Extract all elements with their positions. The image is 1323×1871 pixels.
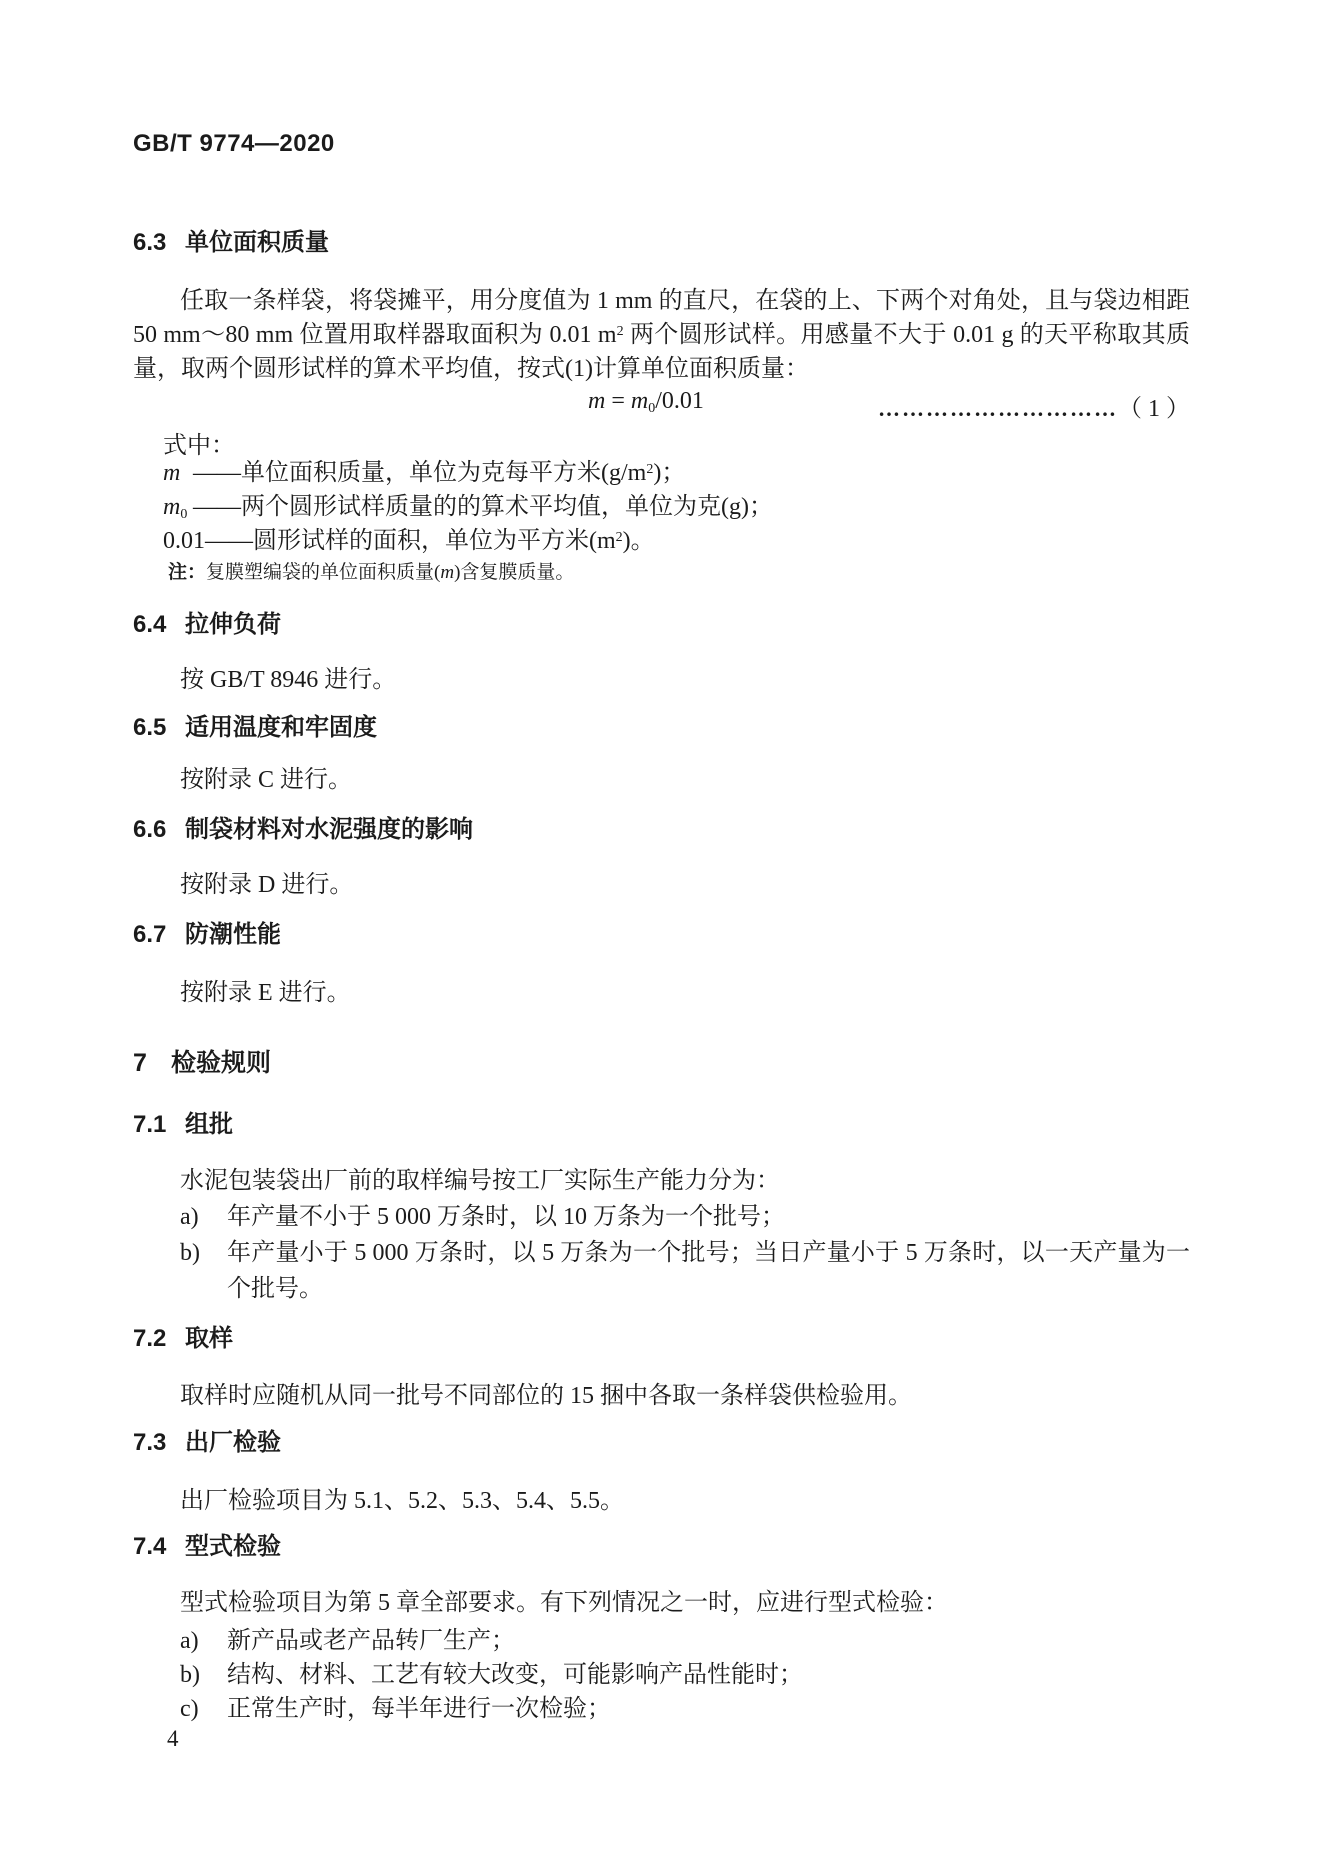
where-label: 式中： bbox=[163, 425, 235, 460]
section-title: 拉伸负荷 bbox=[185, 611, 281, 639]
section-title: 组批 bbox=[185, 1111, 233, 1139]
section-heading-6-6: 6.6 制袋材料对水泥强度的影响 bbox=[133, 816, 473, 844]
def-body: 两个圆形试样质量的的算术平均值，单位为克(g)； bbox=[241, 494, 773, 520]
list-item-label: a) bbox=[180, 1624, 199, 1658]
superscript-2: 2 bbox=[617, 324, 624, 339]
def-dash: —— bbox=[205, 528, 253, 554]
list-item-a: a) 新产品或老产品转厂生产； bbox=[133, 1624, 1190, 1658]
section-title: 适用温度和牢固度 bbox=[185, 714, 377, 742]
definition-text: ——两个圆形试样质量的的算术平均值，单位为克(g)； bbox=[193, 492, 773, 522]
def-tail: )； bbox=[653, 460, 685, 486]
superscript-2: 2 bbox=[616, 530, 623, 545]
paragraph-7-4-intro: 型式检验项目为第 5 章全部要求。有下列情况之一时，应进行型式检验： bbox=[133, 1586, 1190, 1620]
section-title: 防潮性能 bbox=[185, 921, 281, 949]
note-text: 复膜塑编袋的单位面积质量( bbox=[206, 562, 440, 583]
section-number: 7.1 bbox=[133, 1111, 185, 1139]
note-text: )含复膜质量。 bbox=[454, 562, 574, 583]
list-item-text: 结构、材料、工艺有较大改变，可能影响产品性能时； bbox=[227, 1662, 803, 1688]
def-dash: —— bbox=[193, 494, 241, 520]
list-item-label: a) bbox=[180, 1199, 199, 1235]
standard-document-page: GB/T 9774—2020 6.3 单位面积质量 任取一条样袋，将袋摊平，用分… bbox=[0, 0, 1323, 1871]
formula-number: （ 1 ） bbox=[1118, 396, 1190, 422]
list-item-label: c) bbox=[180, 1692, 199, 1726]
list-item-b: b) 年产量小于 5 000 万条时，以 5 万条为一个批号；当日产量小于 5 … bbox=[133, 1235, 1190, 1307]
section-title: 制袋材料对水泥强度的影响 bbox=[185, 816, 473, 844]
list-item-label: b) bbox=[180, 1235, 200, 1271]
section-title: 出厂检验 bbox=[185, 1429, 281, 1457]
section-number: 7.2 bbox=[133, 1325, 185, 1353]
formula-expression: m = m0/0.01 bbox=[588, 388, 704, 415]
formula-1-row: m = m0/0.01 …………………………（ 1 ） bbox=[133, 388, 1190, 424]
list-item-text: 年产量小于 5 000 万条时，以 5 万条为一个批号；当日产量小于 5 万条时… bbox=[227, 1240, 1190, 1302]
paragraph-7-3: 出厂检验项目为 5.1、5.2、5.3、5.4、5.5。 bbox=[133, 1484, 1190, 1518]
section-heading-7-4: 7.4 型式检验 bbox=[133, 1533, 281, 1561]
chapter-title: 检验规则 bbox=[171, 1049, 271, 1077]
definition-text: ——单位面积质量，单位为克每平方米(g/m2)； bbox=[193, 458, 685, 488]
chapter-heading-7: 7 检验规则 bbox=[133, 1049, 271, 1077]
note-line: 注：复膜塑编袋的单位面积质量(m)含复膜质量。 bbox=[168, 560, 574, 586]
definition-text: ——圆形试样的面积，单位为平方米(m2)。 bbox=[205, 526, 655, 556]
paragraph-6-5: 按附录 C 进行。 bbox=[133, 763, 1190, 797]
section-number: 7.4 bbox=[133, 1533, 185, 1561]
paragraph-7-2: 取样时应随机从同一批号不同部位的 15 捆中各取一条样袋供检验用。 bbox=[133, 1379, 1190, 1413]
paragraph-6-3: 任取一条样袋，将袋摊平，用分度值为 1 mm 的直尺，在袋的上、下两个对角处，且… bbox=[133, 284, 1190, 386]
section-number: 6.6 bbox=[133, 816, 185, 844]
section-title: 型式检验 bbox=[185, 1533, 281, 1561]
definition-row-001: 0.01 ——圆形试样的面积，单位为平方米(m2)。 bbox=[163, 526, 1190, 556]
formula-denominator: /0.01 bbox=[655, 388, 704, 414]
formula-var-m: m bbox=[588, 388, 605, 414]
list-item-c: c) 正常生产时，每半年进行一次检验； bbox=[133, 1692, 1190, 1726]
def-dash: —— bbox=[193, 460, 241, 486]
section-heading-6-5: 6.5 适用温度和牢固度 bbox=[133, 714, 377, 742]
document-code: GB/T 9774—2020 bbox=[133, 130, 335, 158]
def-tail: )。 bbox=[623, 528, 655, 554]
section-heading-6-4: 6.4 拉伸负荷 bbox=[133, 611, 281, 639]
list-7-1: a) 年产量不小于 5 000 万条时，以 10 万条为一个批号； b) 年产量… bbox=[133, 1199, 1190, 1307]
paragraph-6-4: 按 GB/T 8946 进行。 bbox=[133, 663, 1190, 697]
def-body: 圆形试样的面积，单位为平方米(m bbox=[253, 528, 616, 554]
paragraph-6-7: 按附录 E 进行。 bbox=[133, 976, 1190, 1010]
definition-row-m0: m0 ——两个圆形试样质量的的算术平均值，单位为克(g)； bbox=[163, 492, 1190, 522]
list-item-a: a) 年产量不小于 5 000 万条时，以 10 万条为一个批号； bbox=[133, 1199, 1190, 1235]
section-heading-6-3: 6.3 单位面积质量 bbox=[133, 229, 329, 257]
section-heading-6-7: 6.7 防潮性能 bbox=[133, 921, 281, 949]
section-heading-7-3: 7.3 出厂检验 bbox=[133, 1429, 281, 1457]
section-number: 6.7 bbox=[133, 921, 185, 949]
list-item-label: b) bbox=[180, 1658, 200, 1692]
symbol-text: m bbox=[163, 494, 180, 520]
section-title: 单位面积质量 bbox=[185, 229, 329, 257]
section-number: 6.3 bbox=[133, 229, 185, 257]
note-label: 注： bbox=[168, 562, 206, 583]
list-7-4: a) 新产品或老产品转厂生产； b) 结构、材料、工艺有较大改变，可能影响产品性… bbox=[133, 1624, 1190, 1726]
symbol-m: m bbox=[163, 458, 193, 488]
symbol-text: m bbox=[163, 460, 180, 486]
section-number: 6.5 bbox=[133, 714, 185, 742]
symbol-text: 0.01 bbox=[163, 528, 205, 554]
paragraph-6-6: 按附录 D 进行。 bbox=[133, 868, 1190, 902]
section-title: 取样 bbox=[185, 1325, 233, 1353]
symbol-m0: m0 bbox=[163, 492, 193, 522]
def-body: 单位面积质量，单位为克每平方米(g/m bbox=[241, 460, 646, 486]
list-item-text: 年产量不小于 5 000 万条时，以 10 万条为一个批号； bbox=[227, 1204, 785, 1230]
symbol-001: 0.01 bbox=[163, 526, 205, 556]
equals-sign: = bbox=[605, 388, 631, 414]
chapter-number: 7 bbox=[133, 1049, 171, 1077]
formula-var-m0: m bbox=[631, 388, 648, 414]
section-number: 6.4 bbox=[133, 611, 185, 639]
section-heading-7-1: 7.1 组批 bbox=[133, 1111, 233, 1139]
page-number: 4 bbox=[167, 1726, 179, 1752]
section-number: 7.3 bbox=[133, 1429, 185, 1457]
paragraph-7-1-intro: 水泥包装袋出厂前的取样编号按工厂实际生产能力分为： bbox=[133, 1164, 1190, 1198]
list-item-b: b) 结构、材料、工艺有较大改变，可能影响产品性能时； bbox=[133, 1658, 1190, 1692]
note-var-m: m bbox=[440, 562, 454, 583]
list-item-text: 正常生产时，每半年进行一次检验； bbox=[227, 1696, 611, 1722]
list-item-text: 新产品或老产品转厂生产； bbox=[227, 1628, 515, 1654]
section-heading-7-2: 7.2 取样 bbox=[133, 1325, 233, 1353]
formula-leader: …………………………（ 1 ） bbox=[878, 388, 1190, 423]
definition-row-m: m ——单位面积质量，单位为克每平方米(g/m2)； bbox=[163, 458, 1190, 488]
subscript-0: 0 bbox=[180, 507, 187, 522]
leader-dots: ………………………… bbox=[878, 396, 1118, 421]
